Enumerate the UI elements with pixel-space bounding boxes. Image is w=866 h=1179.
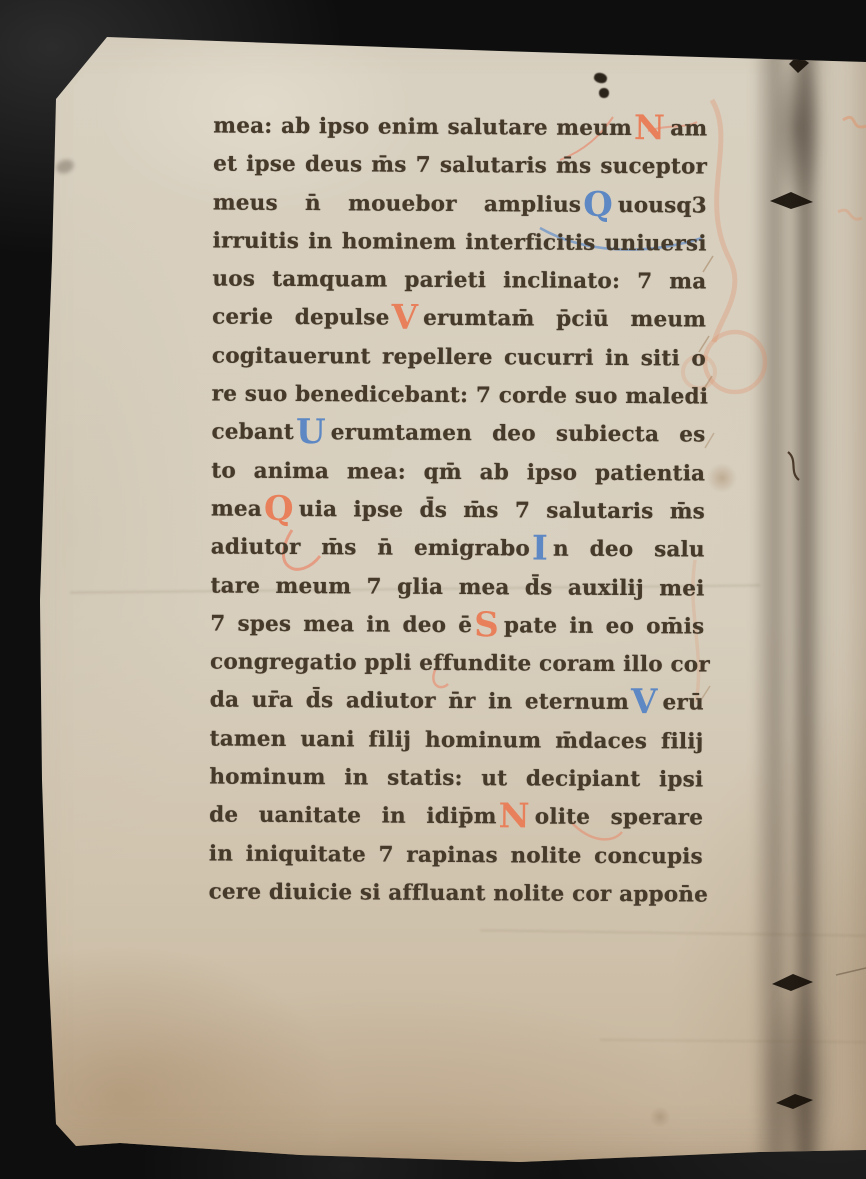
text-segment: da ur̄a d̄s adiutor n̄r in eternum	[210, 688, 629, 716]
text-line: cogitauerunt repellere cucurri in siti o	[212, 337, 706, 378]
text-line: et ipse deus m̄s 7 salutaris m̄s sucepto…	[213, 146, 707, 187]
text-segment: in iniquitate 7 rapinas nolite concupis	[209, 841, 703, 869]
text-line: de uanitate in idip̄mNolite sperare	[209, 797, 703, 838]
text-line: irruitis in hominem interficitis uniuers…	[213, 222, 707, 263]
text-line: cebantUerumtamen deo subiecta es	[211, 414, 705, 455]
text-segment: cebant	[211, 420, 294, 446]
illuminated-initial: N	[634, 108, 666, 148]
illuminated-initial: V	[391, 298, 418, 338]
text-line: 7 spes mea in deo ēSpate in eo om̄is	[210, 605, 704, 646]
margin-slash	[705, 433, 714, 448]
text-segment: tare meum 7 glia mea d̄s auxilij mei	[210, 573, 704, 601]
text-segment: erumtam̄ p̄ciū meum	[423, 306, 706, 333]
text-segment: erū	[663, 691, 704, 716]
text-segment: n deo salu	[553, 537, 705, 563]
quire-mark-dot	[593, 71, 608, 84]
text-segment: cogitauerunt repellere cucurri in siti o	[212, 343, 706, 371]
text-segment: erumtamen deo subiecta es	[331, 421, 706, 448]
text-segment: 7 spes mea in deo ē	[210, 611, 472, 638]
illuminated-initial: U	[296, 412, 326, 452]
illuminated-initial: N	[498, 797, 530, 837]
text-segment: uos tamquam parieti inclinato: 7 ma	[212, 267, 706, 295]
text-line: cerie depulseVerumtam̄ p̄ciū meum	[212, 299, 706, 340]
text-block: mea: ab ipso enim salutare meumNamet ips…	[209, 107, 708, 914]
text-segment: hominum in statis: ut decipiant ipsi	[209, 765, 703, 793]
text-segment: meus n̄ mouebor amplius	[213, 190, 581, 217]
photo-background: mea: ab ipso enim salutare meumNamet ips…	[0, 0, 866, 1179]
text-line: in iniquitate 7 rapinas nolite concupis	[209, 835, 703, 876]
illuminated-initial: Q	[583, 184, 613, 224]
text-line: tamen uani filij hominum m̄daces filij	[209, 720, 703, 761]
text-segment: pate in eo om̄is	[504, 613, 704, 639]
text-segment: re suo benedicebant: 7 corde suo maledi	[212, 382, 709, 410]
text-segment: congregatio ppli effundite coram illo co…	[210, 650, 710, 678]
text-segment: tamen uani filij hominum m̄daces filij	[210, 726, 704, 754]
text-line: uos tamquam parieti inclinato: 7 ma	[212, 261, 706, 302]
illuminated-initial: V	[631, 683, 658, 723]
text-line: da ur̄a d̄s adiutor n̄r in eternumVerū	[210, 682, 704, 723]
text-segment: cerie depulse	[212, 305, 389, 331]
text-segment: et ipse deus m̄s 7 salutaris m̄s sucepto…	[213, 152, 707, 180]
binding-gutter-shadow-top	[758, 40, 838, 260]
illuminated-initial: S	[474, 605, 499, 645]
text-line: tare meum 7 glia mea d̄s auxilij mei	[210, 567, 704, 608]
text-segment: mea	[211, 496, 262, 521]
text-line: meus n̄ mouebor ampliusQuousq3	[213, 184, 707, 225]
text-line: to anima mea: qm̄ ab ipso patientia	[211, 452, 705, 493]
text-segment: cere diuicie si affluant nolite cor appo…	[209, 879, 708, 907]
quire-mark-dot	[599, 88, 609, 98]
text-line: re suo benedicebant: 7 corde suo maledi	[212, 376, 706, 417]
text-line: mea: ab ipso enim salutare meumNam	[213, 107, 707, 148]
binding-gutter-shadow-bottom	[742, 879, 852, 1179]
text-segment: mea: ab ipso enim salutare meum	[213, 113, 632, 141]
text-segment: to anima mea: qm̄ ab ipso patientia	[211, 458, 705, 486]
text-line: adiutor m̄s n̄ emigraboIn deo salu	[211, 529, 705, 570]
illuminated-initial: I	[532, 529, 548, 569]
margin-smudge	[54, 157, 75, 175]
text-line: meaQuia ipse d̄s m̄s 7 salutaris m̄s	[211, 490, 705, 531]
illuminated-initial: Q	[264, 489, 294, 529]
text-segment: uia ipse d̄s m̄s 7 salutaris m̄s	[299, 497, 705, 524]
manuscript-leaf: mea: ab ipso enim salutare meumNamet ips…	[0, 0, 866, 1179]
text-segment: irruitis in hominem interficitis uniuers…	[213, 228, 707, 256]
text-segment: am	[670, 116, 707, 141]
text-segment: uousq3	[618, 193, 707, 219]
show-through-mark	[838, 210, 862, 219]
show-through-mark	[843, 117, 866, 127]
text-line: congregatio ppli effundite coram illo co…	[210, 644, 704, 685]
show-through-stem	[712, 100, 735, 342]
text-line: cere diuicie si affluant nolite cor appo…	[209, 873, 703, 914]
text-line: hominum in statis: ut decipiant ipsi	[209, 759, 703, 800]
text-segment: olite sperare	[535, 805, 703, 831]
text-segment: de uanitate in idip̄m	[209, 803, 497, 830]
text-segment: adiutor m̄s n̄ emigrabo	[211, 535, 530, 562]
